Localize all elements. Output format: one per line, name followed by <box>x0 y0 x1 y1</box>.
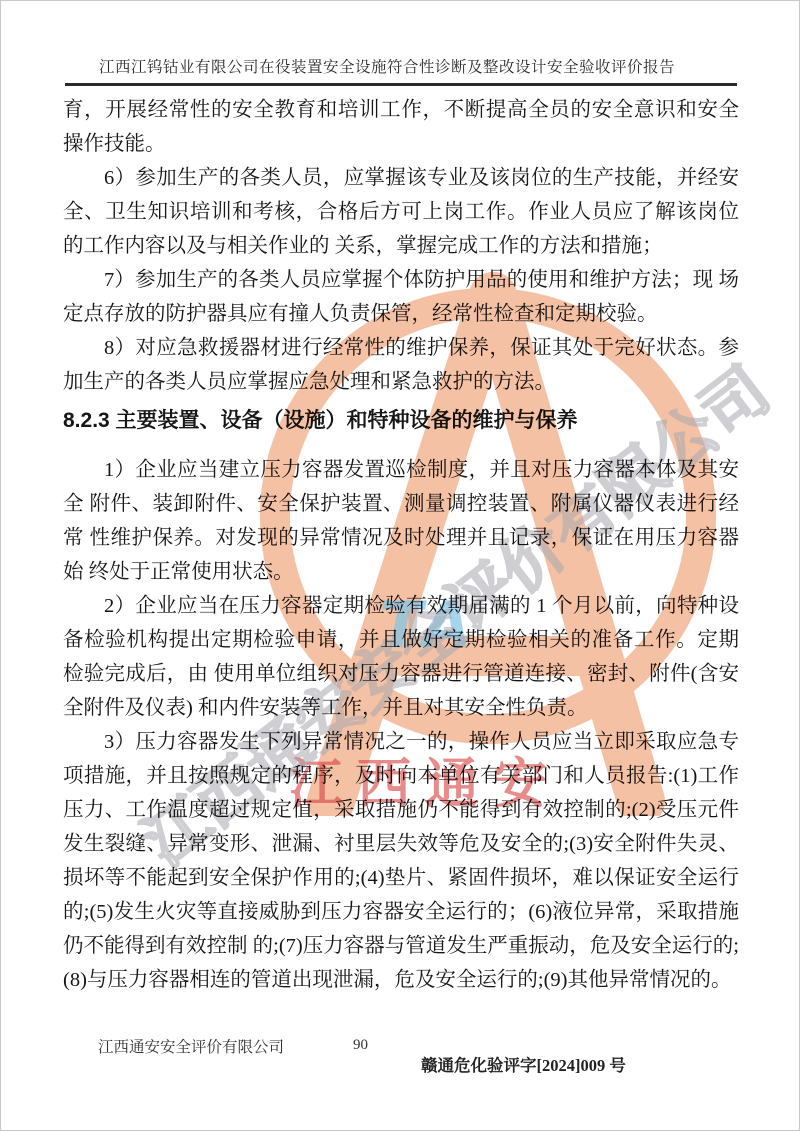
header-divider <box>65 83 737 86</box>
body-paragraph: 2）企业应当在压力容器定期检验有效期届满的 1 个月以前，向特种设备检验机构提出… <box>63 589 739 725</box>
report-header-title: 江西江钨钴业有限公司在役装置安全设施符合性诊断及整改设计安全验收评价报告 <box>65 55 737 77</box>
report-page: 江西江钨钴业有限公司在役装置安全设施符合性诊断及整改设计安全验收评价报告 TA … <box>0 0 800 1131</box>
footer-company-name: 江西通安安全评价有限公司 <box>98 1035 284 1057</box>
section-heading: 8.2.3 主要装置、设备（设施）和特种设备的维护与保养 <box>63 403 739 439</box>
body-paragraph: 6）参加生产的各类人员，应掌握该专业及该岗位的生产技能，并经安全、卫生知识培训和… <box>63 161 739 263</box>
body-paragraph: 7）参加生产的各类人员应掌握个体防护用品的使用和维护方法；现 场定点存放的防护器… <box>63 263 739 331</box>
body-paragraph: 育，开展经常性的安全教育和培训工作，不断提高全员的安全意识和安全操作技能。 <box>63 93 739 161</box>
footer-page-number: 90 <box>353 1037 368 1054</box>
body-paragraph: 8）对应急救援器材进行经常性的维护保养，保证其处于完好状态。参加生产的各类人员应… <box>63 331 739 399</box>
body-paragraph: 3）压力容器发生下列异常情况之一的，操作人员应当立即采取应急专项措施，并且按照规… <box>63 725 739 997</box>
body-paragraph: 1）企业应当建立压力容器发置巡检制度，并且对压力容器本体及其安全 附件、装卸附件… <box>63 453 739 589</box>
document-body: 育，开展经常性的安全教育和培训工作，不断提高全员的安全意识和安全操作技能。 6）… <box>63 93 739 997</box>
footer-doc-number: 赣通危化验评字[2024]009 号 <box>421 1052 626 1076</box>
page-header: 江西江钨钴业有限公司在役装置安全设施符合性诊断及整改设计安全验收评价报告 <box>65 55 737 86</box>
